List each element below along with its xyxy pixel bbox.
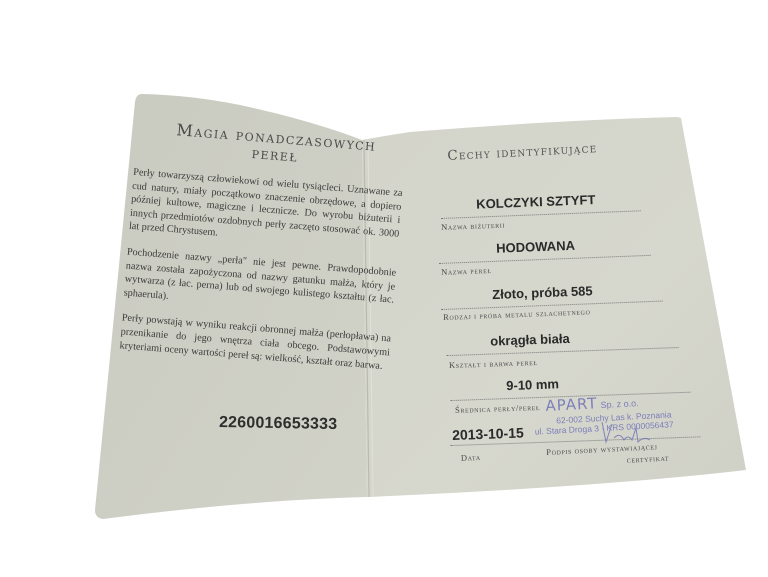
handwritten-signature	[598, 418, 658, 448]
stamp-brand: APART	[545, 394, 598, 415]
diameter-value: 9-10 mm	[506, 376, 559, 393]
paragraph-etymology: Pochodzenie nazwy „perła" nie jest pewne…	[123, 246, 396, 321]
pearl-name-label: Nazwa pereł	[441, 265, 492, 277]
barcode-number: 2260016653333	[219, 414, 338, 434]
paragraph-history: Perły towarzyszą człowiekowi od wielu ty…	[128, 166, 403, 255]
left-page: Magia ponadczasowych pereł Perły towarzy…	[119, 112, 407, 374]
pearl-name-value: HODOWANA	[496, 238, 575, 256]
date-label: Data	[461, 452, 481, 463]
shape-color-value: okrągła biała	[490, 331, 570, 349]
date-value: 2013-10-15	[452, 425, 524, 443]
certificate-booklet: Magia ponadczasowych pereł Perły towarzy…	[0, 0, 768, 577]
stamp-suffix: Sp. z o.o.	[600, 398, 639, 410]
